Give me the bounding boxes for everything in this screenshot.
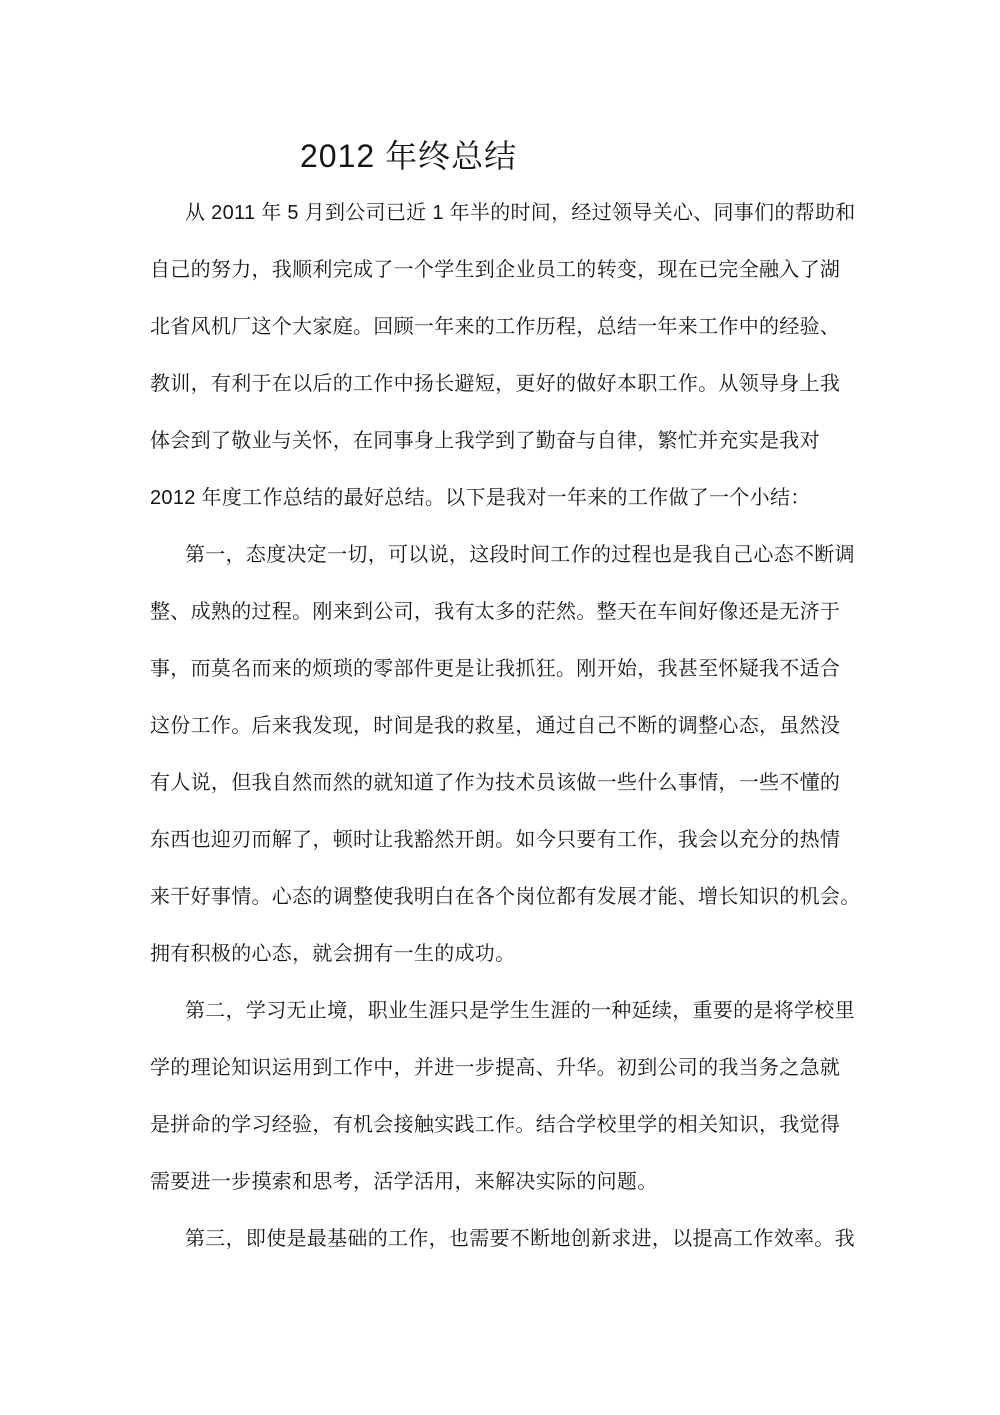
text-line: 第三，即使是最基础的工作，也需要不断地创新求进，以提高工作效率。我	[150, 1211, 855, 1268]
text-line: 是拼命的学习经验，有机会接触实践工作。结合学校里学的相关知识，我觉得	[150, 1097, 855, 1154]
document-body: 从 2011 年 5 月到公司已近 1 年半的时间，经过领导关心、同事们的帮助和…	[150, 185, 855, 1268]
text-line: 事，而莫名而来的烦琐的零部件更是让我抓狂。刚开始，我甚至怀疑我不适合	[150, 641, 855, 698]
text-line: 有人说，但我自然而然的就知道了作为技术员该做一些什么事情，一些不懂的	[150, 755, 855, 812]
text-line: 2012 年度工作总结的最好总结。以下是我对一年来的工作做了一个小结：	[150, 470, 855, 527]
text-line: 需要进一步摸索和思考，活学活用，来解决实际的问题。	[150, 1154, 855, 1211]
text-line: 来干好事情。心态的调整使我明白在各个岗位都有发展才能、增长知识的机会。	[150, 869, 855, 926]
text-line: 第一，态度决定一切，可以说，这段时间工作的过程也是我自己心态不断调	[150, 527, 855, 584]
text-line: 北省风机厂这个大家庭。回顾一年来的工作历程，总结一年来工作中的经验、	[150, 299, 855, 356]
document-page: 2012 年终总结 从 2011 年 5 月到公司已近 1 年半的时间，经过领导…	[0, 0, 1000, 1415]
text-line: 第二，学习无止境，职业生涯只是学生生涯的一种延续，重要的是将学校里	[150, 983, 855, 1040]
text-line: 东西也迎刃而解了，顿时让我豁然开朗。如今只要有工作，我会以充分的热情	[150, 812, 855, 869]
document-title: 2012 年终总结	[150, 134, 855, 178]
text-line: 整、成熟的过程。刚来到公司，我有太多的茫然。整天在车间好像还是无济于	[150, 584, 855, 641]
text-line: 这份工作。后来我发现，时间是我的救星，通过自己不断的调整心态，虽然没	[150, 698, 855, 755]
text-line: 从 2011 年 5 月到公司已近 1 年半的时间，经过领导关心、同事们的帮助和	[150, 185, 855, 242]
text-line: 拥有积极的心态，就会拥有一生的成功。	[150, 926, 855, 983]
text-line: 自己的努力，我顺利完成了一个学生到企业员工的转变，现在已完全融入了湖	[150, 242, 855, 299]
text-line: 教训，有利于在以后的工作中扬长避短，更好的做好本职工作。从领导身上我	[150, 356, 855, 413]
text-line: 体会到了敬业与关怀，在同事身上我学到了勤奋与自律，繁忙并充实是我对	[150, 413, 855, 470]
text-line: 学的理论知识运用到工作中，并进一步提高、升华。初到公司的我当务之急就	[150, 1040, 855, 1097]
